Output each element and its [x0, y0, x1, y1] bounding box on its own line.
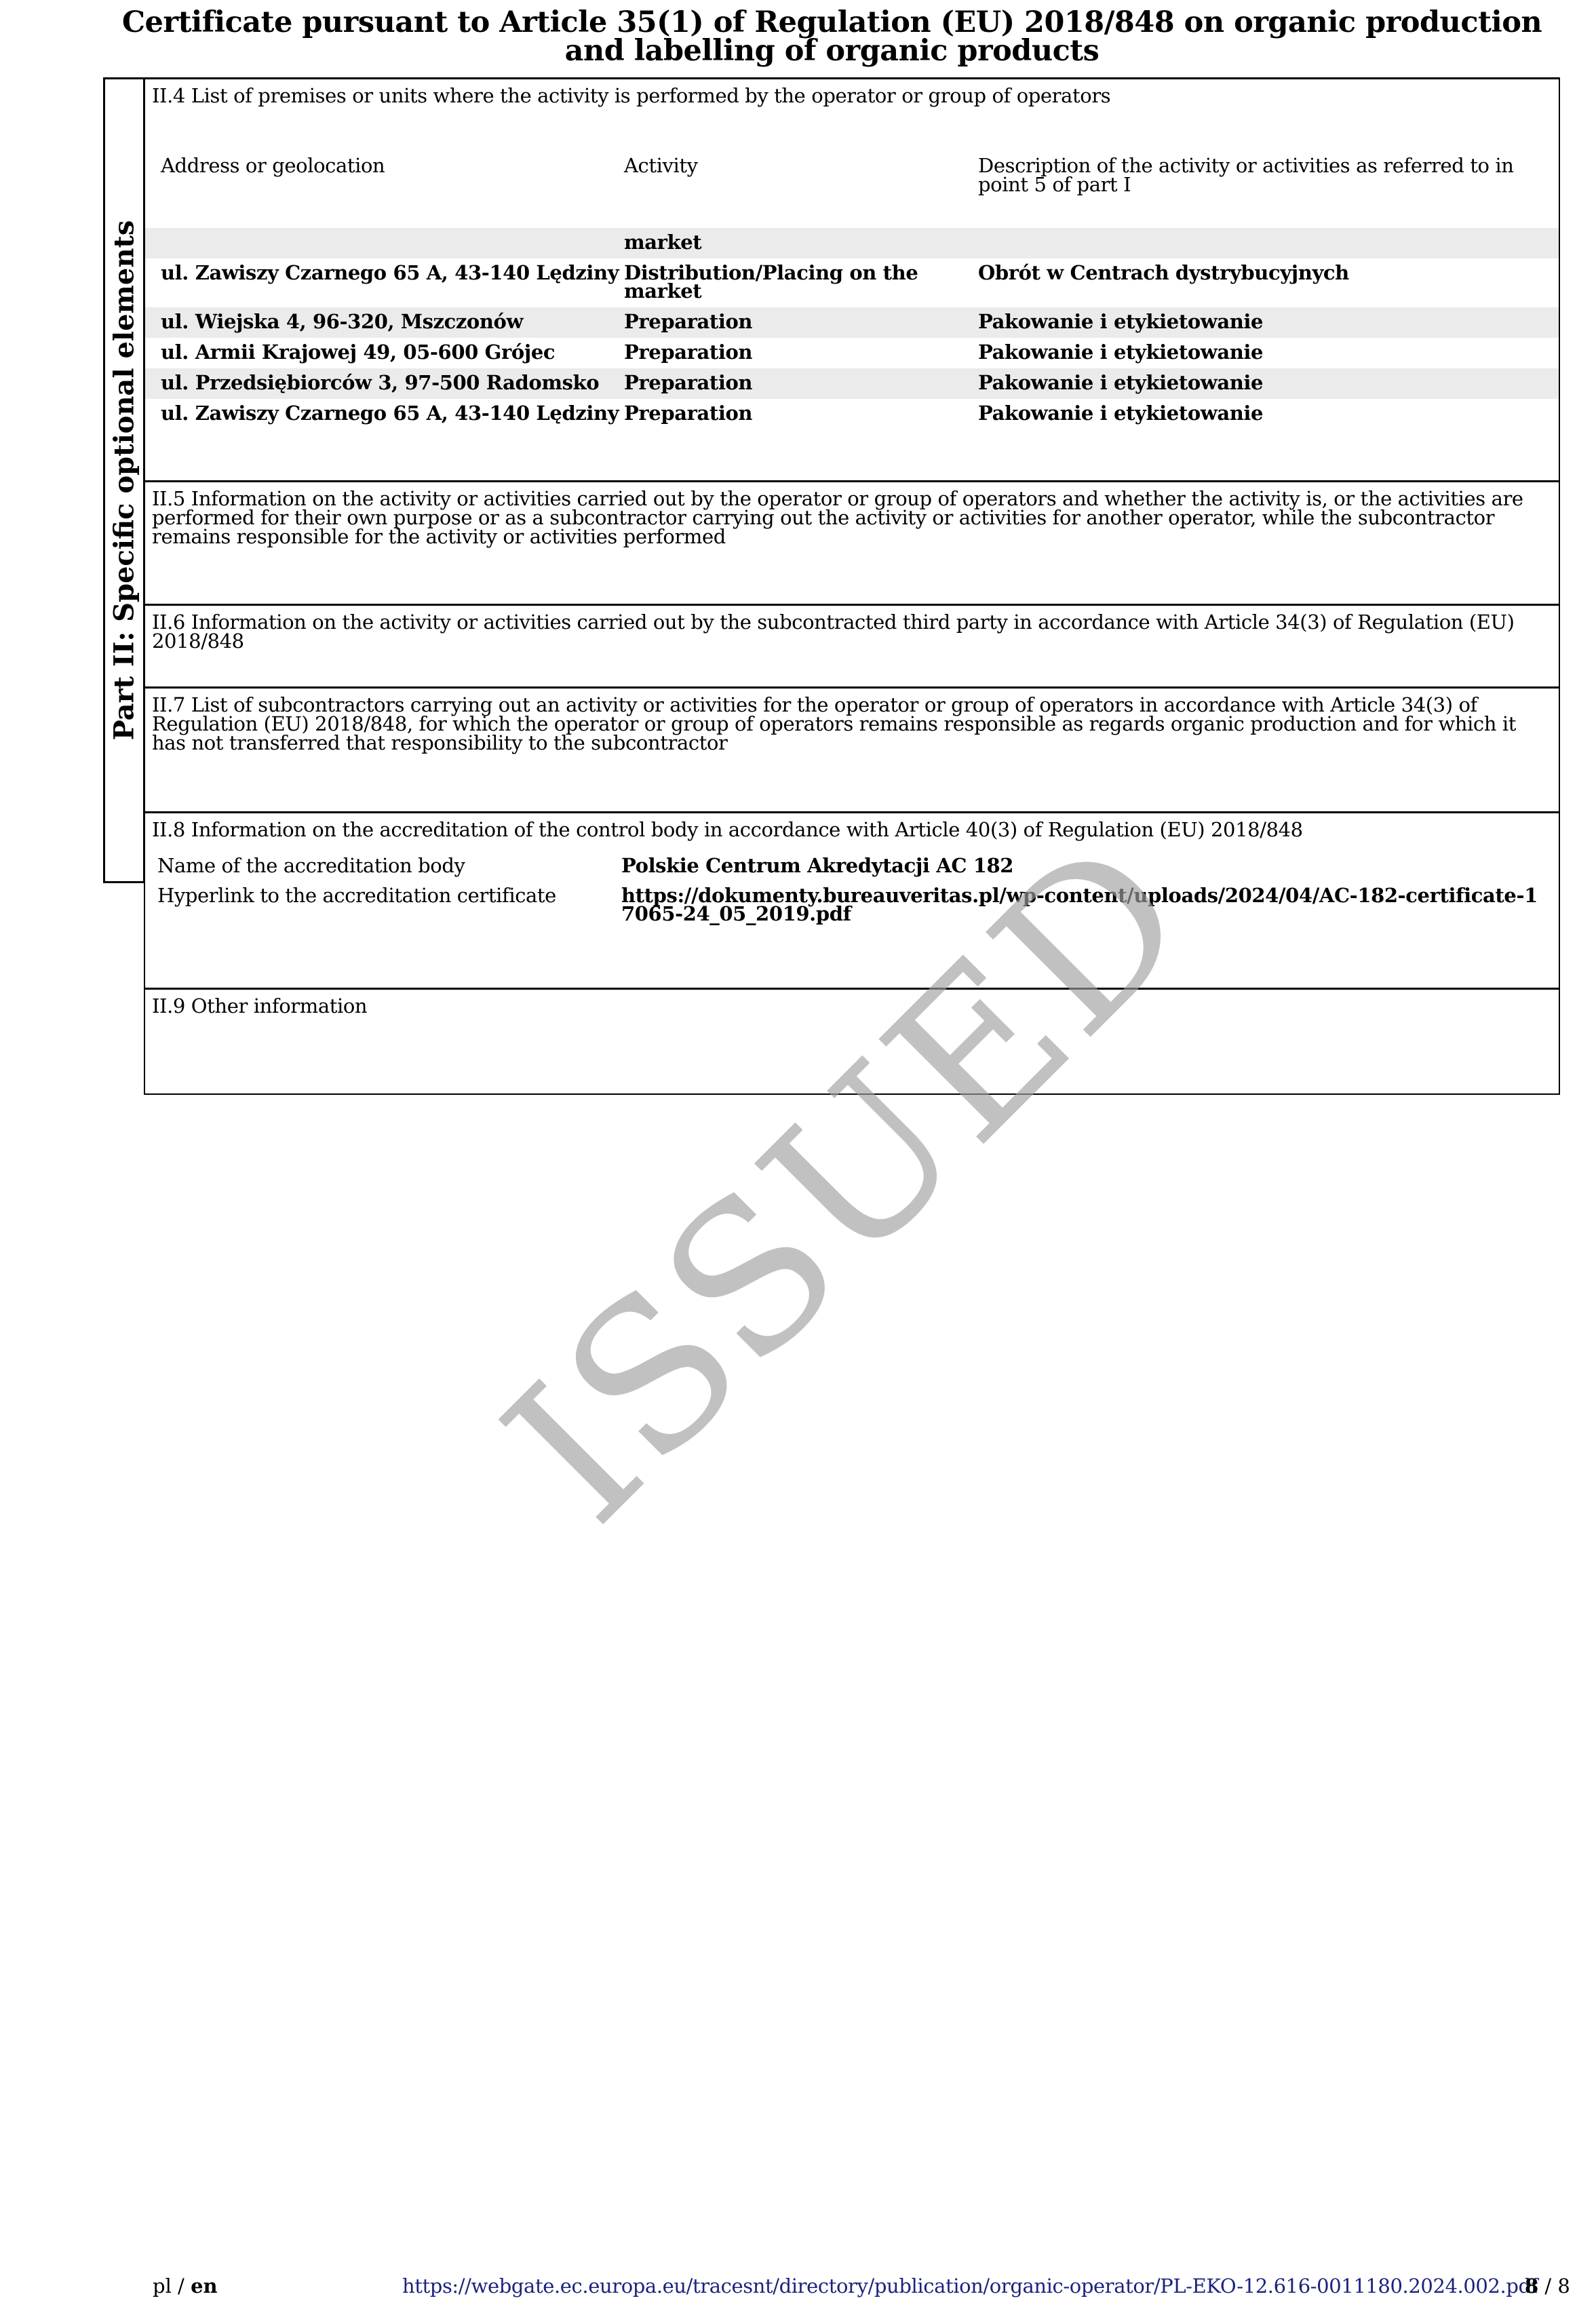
part-two-content: II.4 List of premises or units where the…	[144, 77, 1560, 1095]
language-current: en	[191, 2274, 218, 2298]
document-title: Certificate pursuant to Article 35(1) of…	[102, 8, 1562, 65]
table-row: ul. Przedsiębiorców 3, 97-500 Radomsko P…	[145, 368, 1559, 399]
accreditation-certificate-link[interactable]: https://dokumenty.bureauveritas.pl/wp-co…	[621, 887, 1544, 923]
cell-activity: Distribution/Placing on the market	[624, 264, 922, 301]
table-row: ul. Zawiszy Czarnego 65 A, 43-140 Lędzin…	[145, 399, 1559, 429]
language-primary[interactable]: pl	[153, 2274, 172, 2298]
section-heading: II.8 Information on the accreditation of…	[145, 813, 1559, 839]
section-ii-8-accreditation: II.8 Information on the accreditation of…	[144, 811, 1560, 990]
accreditation-link-label: Hyperlink to the accreditation certifica…	[157, 887, 556, 905]
section-heading: II.9 Other information	[145, 990, 1559, 1015]
section-ii-9-other-info: II.9 Other information	[144, 988, 1560, 1095]
cell-address: ul. Zawiszy Czarnego 65 A, 43-140 Lędzin…	[161, 404, 619, 423]
cell-activity: Preparation	[624, 374, 922, 392]
section-heading: II.7 List of subcontractors carrying out…	[145, 689, 1559, 752]
cell-description: Pakowanie i etykietowanie	[978, 404, 1548, 423]
page-separator: /	[1538, 2274, 1557, 2298]
table-row: ul. Zawiszy Czarnego 65 A, 43-140 Lędzin…	[145, 258, 1559, 307]
publication-url-link[interactable]: https://webgate.ec.europa.eu/tracesnt/di…	[402, 2274, 1538, 2298]
language-separator: /	[172, 2274, 191, 2298]
column-header-address: Address or geolocation	[161, 156, 385, 175]
cell-description: Pakowanie i etykietowanie	[978, 374, 1548, 392]
section-heading: II.4 List of premises or units where the…	[145, 79, 1559, 105]
table-row: ul. Wiejska 4, 96-320, Mszczonów Prepara…	[145, 307, 1559, 338]
section-heading: II.6 Information on the activity or acti…	[145, 606, 1559, 651]
cell-activity: market	[624, 233, 922, 252]
table-row: ul. Armii Krajowej 49, 05-600 Grójec Pre…	[145, 338, 1559, 368]
column-header-activity: Activity	[624, 156, 698, 175]
section-ii-5-activity-info: II.5 Information on the activity or acti…	[144, 480, 1560, 606]
page-number: 8 / 8	[1525, 2274, 1570, 2298]
cell-activity: Preparation	[624, 343, 922, 362]
cell-address: ul. Przedsiębiorców 3, 97-500 Radomsko	[161, 374, 599, 392]
column-header-description: Description of the activity or activitie…	[978, 156, 1548, 194]
cell-activity: Preparation	[624, 313, 922, 331]
premises-table: market ul. Zawiszy Czarnego 65 A, 43-140…	[145, 228, 1559, 429]
table-row: market	[145, 228, 1559, 258]
accreditation-body-label: Name of the accreditation body	[157, 857, 465, 875]
cell-description: Obrót w Centrach dystrybucyjnych	[978, 264, 1548, 282]
section-ii-6-subcontracted-info: II.6 Information on the activity or acti…	[144, 604, 1560, 689]
part-label: Part II: Specific optional elements	[109, 220, 140, 741]
page-current: 8	[1525, 2274, 1538, 2298]
language-indicator: pl / en	[153, 2274, 218, 2298]
cell-address: ul. Wiejska 4, 96-320, Mszczonów	[161, 313, 523, 331]
cell-address: ul. Armii Krajowej 49, 05-600 Grójec	[161, 343, 555, 362]
section-heading: II.5 Information on the activity or acti…	[145, 482, 1559, 546]
cell-address: ul. Zawiszy Czarnego 65 A, 43-140 Lędzin…	[161, 264, 619, 282]
cell-description: Pakowanie i etykietowanie	[978, 313, 1548, 331]
section-ii-7-subcontractors: II.7 List of subcontractors carrying out…	[144, 686, 1560, 813]
cell-description: Pakowanie i etykietowanie	[978, 343, 1548, 362]
accreditation-body-value: Polskie Centrum Akredytacji AC 182	[621, 857, 1013, 875]
part-label-box: Part II: Specific optional elements	[103, 77, 145, 883]
page-total: 8	[1557, 2274, 1570, 2298]
section-ii-4-premises: II.4 List of premises or units where the…	[144, 77, 1560, 482]
cell-activity: Preparation	[624, 404, 922, 423]
